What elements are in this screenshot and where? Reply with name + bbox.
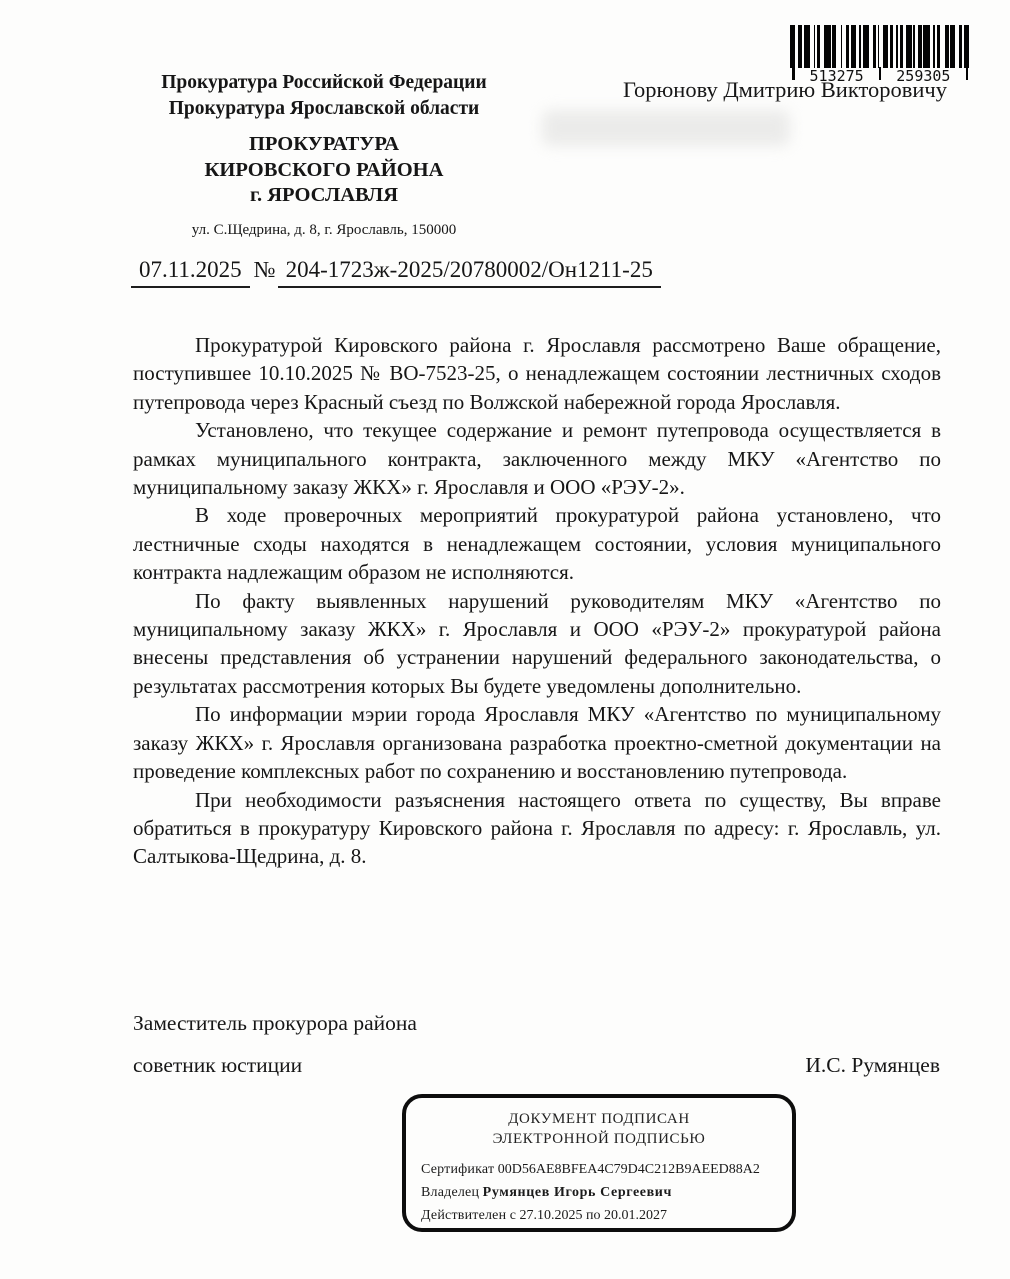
signature-row: советник юстиции И.С. Румянцев [133,1053,940,1078]
stamp-owner-value: Румянцев Игорь Сергеевич [483,1185,672,1200]
letterhead-top: Прокуратура Российской Федерации Прокура… [133,70,515,122]
letterhead-org-line1: ПРОКУРАТУРА [133,132,515,158]
letterhead-org-line2: КИРОВСКОГО РАЙОНА [133,158,515,184]
letterhead-region-line: Прокуратура Ярославской области [133,96,515,122]
letterhead-org-line3: г. ЯРОСЛАВЛЯ [133,183,515,209]
redacted-address-blur [542,110,790,146]
letterhead-postal-address: ул. С.Щедрина, д. 8, г. Ярославль, 15000… [133,222,515,239]
barcode-bars [790,25,970,68]
letterhead-org-name: ПРОКУРАТУРА КИРОВСКОГО РАЙОНА г. ЯРОСЛАВ… [133,132,515,209]
document-page: Прокуратура Российской Федерации Прокура… [0,0,1010,1279]
registration-barcode: 513275 259305 [790,25,970,85]
paragraph-5: По информации мэрии города Ярославля МКУ… [133,700,941,785]
reference-number: 204-1723ж-2025/20780002/Он1211-25 [278,257,661,288]
stamp-title-line2: ЭЛЕКТРОННОЙ ПОДПИСЬЮ [406,1129,792,1149]
reference-line: 07.11.2025№204-1723ж-2025/20780002/Он121… [131,257,661,288]
signer-name: И.С. Румянцев [805,1053,940,1078]
stamp-validity-label: Действителен [421,1208,506,1223]
stamp-title: ДОКУМЕНТ ПОДПИСАН ЭЛЕКТРОННОЙ ПОДПИСЬЮ [406,1109,792,1149]
signer-position-line2: советник юстиции [133,1053,302,1078]
paragraph-3: В ходе проверочных мероприятий прокурату… [133,501,941,586]
stamp-certificate-value: 00D56AE8BFEA4C79D4C212B9AEED88A2 [498,1162,760,1177]
signer-position-line1: Заместитель прокурора района [133,1011,417,1036]
paragraph-2: Установлено, что текущее содержание и ре… [133,416,941,501]
electronic-signature-stamp: ДОКУМЕНТ ПОДПИСАН ЭЛЕКТРОННОЙ ПОДПИСЬЮ С… [402,1094,796,1232]
paragraph-4: По факту выявленных нарушений руководите… [133,587,941,701]
stamp-owner-line: Владелец Румянцев Игорь Сергеевич [421,1181,777,1204]
paragraph-6: При необходимости разъяснения настоящего… [133,786,941,871]
number-sign: № [250,257,278,286]
stamp-validity-line: Действителен с 27.10.2025 по 20.01.2027 [421,1204,777,1227]
paragraph-1: Прокуратурой Кировского района г. Яросла… [133,331,941,416]
barcode-guard-right [966,67,969,80]
letterhead-country-line: Прокуратура Российской Федерации [133,70,515,96]
stamp-validity-value: с 27.10.2025 по 20.01.2027 [510,1208,667,1223]
stamp-certificate-label: Сертификат [421,1162,494,1177]
addressee-name: Горюнову Дмитрию Викторовичу [623,77,947,103]
stamp-certificate-line: Сертификат 00D56AE8BFEA4C79D4C212B9AEED8… [421,1158,777,1181]
letterhead: Прокуратура Российской Федерации Прокура… [133,70,515,239]
stamp-owner-label: Владелец [421,1185,479,1200]
letter-body: Прокуратурой Кировского района г. Яросла… [133,331,941,871]
reference-date: 07.11.2025 [131,257,250,288]
stamp-title-line1: ДОКУМЕНТ ПОДПИСАН [406,1109,792,1129]
stamp-details: Сертификат 00D56AE8BFEA4C79D4C212B9AEED8… [421,1158,777,1227]
